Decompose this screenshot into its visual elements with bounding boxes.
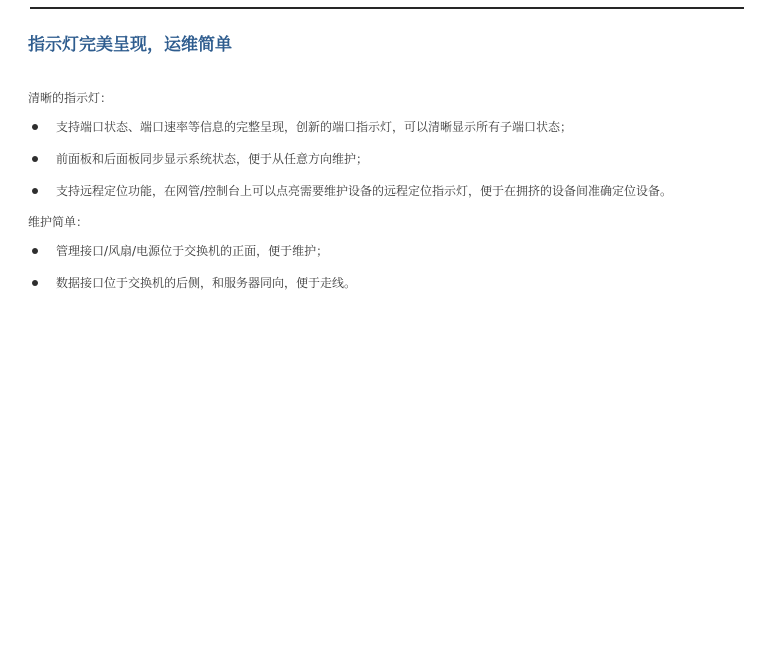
bullet-icon [32, 156, 38, 162]
bullet-text: 前面板和后面板同步显示系统状态，便于从任意方向维护； [56, 152, 368, 166]
document-page: 指示灯完美呈现，运维简单 清晰的指示灯： 支持端口状态、端口速率等信息的完整呈现… [0, 0, 758, 650]
section-heading-indicator-lights: 清晰的指示灯： [28, 91, 758, 105]
list-item: 支持端口状态、端口速率等信息的完整呈现，创新的端口指示灯，可以清晰显示所有子端口… [28, 120, 758, 134]
page-title: 指示灯完美呈现，运维简单 [28, 35, 758, 55]
list-item: 支持远程定位功能，在网管/控制台上可以点亮需要维护设备的远程定位指示灯，便于在拥… [28, 184, 758, 198]
list-item: 前面板和后面板同步显示系统状态，便于从任意方向维护； [28, 152, 758, 166]
bullet-text: 支持端口状态、端口速率等信息的完整呈现，创新的端口指示灯，可以清晰显示所有子端口… [56, 120, 572, 134]
bullet-list-indicator-lights: 支持端口状态、端口速率等信息的完整呈现，创新的端口指示灯，可以清晰显示所有子端口… [28, 120, 758, 198]
bullet-text: 支持远程定位功能，在网管/控制台上可以点亮需要维护设备的远程定位指示灯，便于在拥… [56, 184, 672, 198]
bullet-text: 数据接口位于交换机的后侧，和服务器同向，便于走线。 [56, 276, 356, 290]
list-item: 管理接口/风扇/电源位于交换机的正面，便于维护； [28, 244, 758, 258]
section-easy-maintenance: 维护简单： 管理接口/风扇/电源位于交换机的正面，便于维护； 数据接口位于交换机… [0, 215, 758, 290]
bullet-icon [32, 124, 38, 130]
header-rule [30, 7, 744, 9]
section-heading-easy-maintenance: 维护简单： [28, 215, 758, 229]
bullet-icon [32, 280, 38, 286]
list-item: 数据接口位于交换机的后侧，和服务器同向，便于走线。 [28, 276, 758, 290]
bullet-icon [32, 188, 38, 194]
bullet-list-easy-maintenance: 管理接口/风扇/电源位于交换机的正面，便于维护； 数据接口位于交换机的后侧，和服… [28, 244, 758, 290]
bullet-text: 管理接口/风扇/电源位于交换机的正面，便于维护； [56, 244, 328, 258]
section-indicator-lights: 清晰的指示灯： 支持端口状态、端口速率等信息的完整呈现，创新的端口指示灯，可以清… [0, 91, 758, 198]
bullet-icon [32, 248, 38, 254]
